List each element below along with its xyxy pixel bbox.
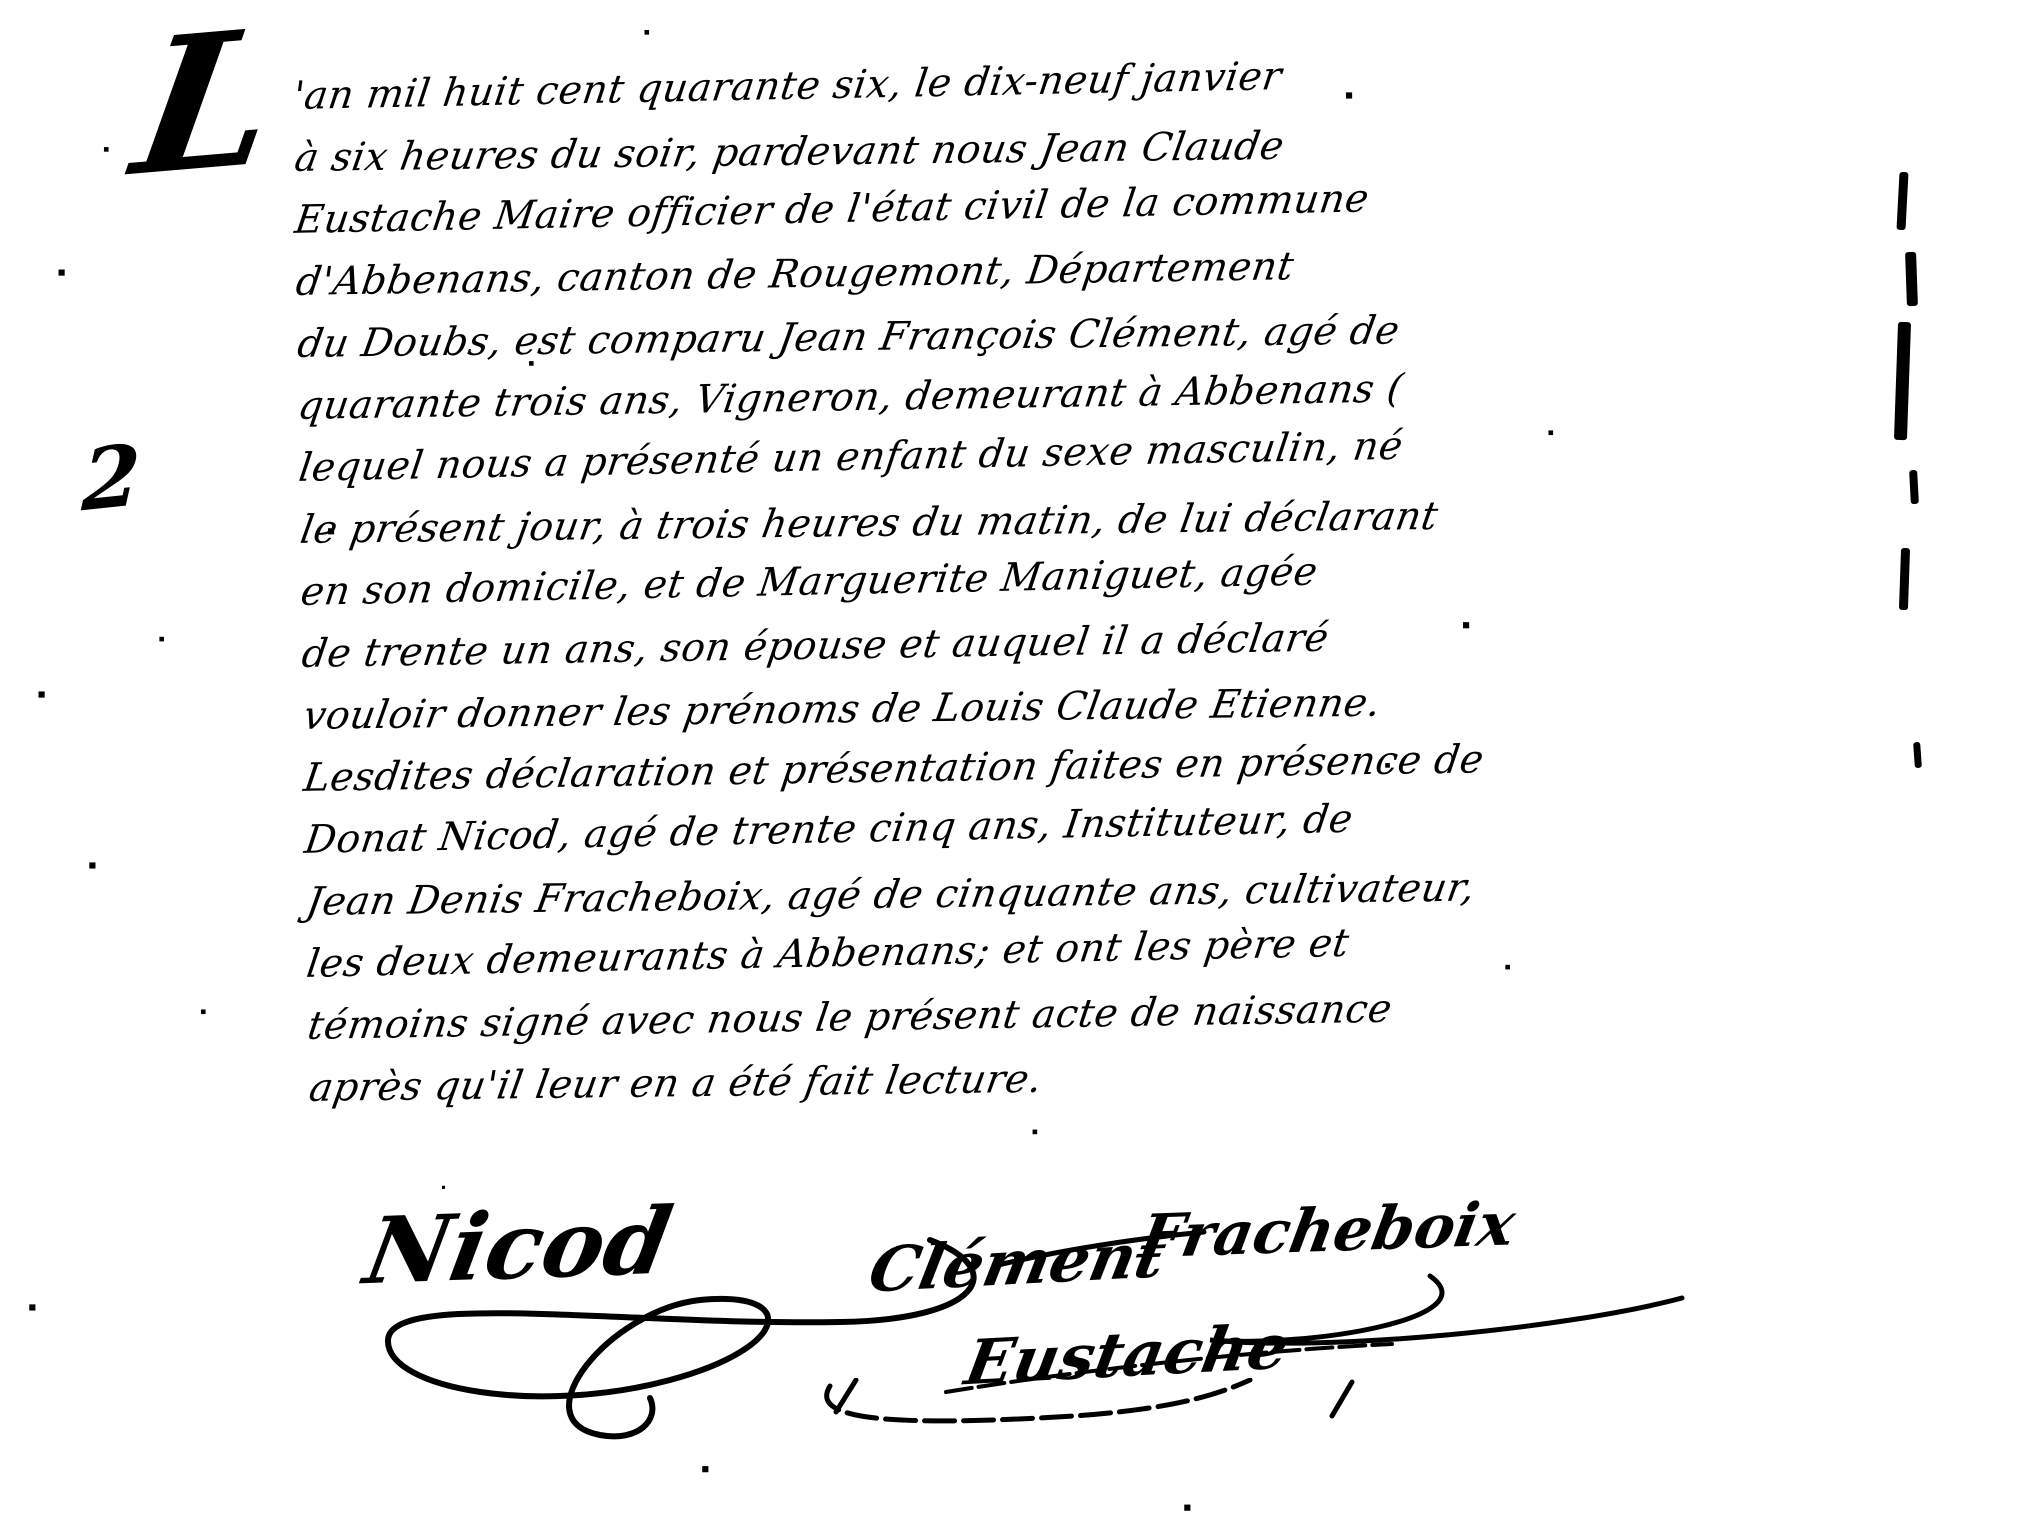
margin-page-number: 2: [80, 424, 142, 530]
scan-edge-mark: [1905, 252, 1918, 306]
scan-edge-mark: [1899, 548, 1910, 610]
scan-edge-mark: [1894, 322, 1911, 440]
document-page: 2 L 'an mil huit cent quarante six, le d…: [0, 0, 2028, 1523]
signature-clement: Clément: [863, 1218, 1172, 1306]
scan-edge-mark: [1913, 742, 1922, 768]
document-text-block: L 'an mil huit cent quarante six, le dix…: [288, 47, 1494, 1120]
signature-nicod: Nicod: [357, 1187, 679, 1305]
signature-fracheboix: Fracheboix: [1135, 1190, 1521, 1273]
signature-eustache: Eustache: [960, 1310, 1295, 1400]
scan-edge-mark: [1909, 470, 1919, 504]
document-line: après qu'il leur en a été fait lecture.: [305, 1043, 1504, 1120]
scan-dust-specks: [0, 0, 3, 3]
scan-edge-mark: [1896, 172, 1908, 230]
initial-drop-cap: L: [124, 4, 289, 203]
